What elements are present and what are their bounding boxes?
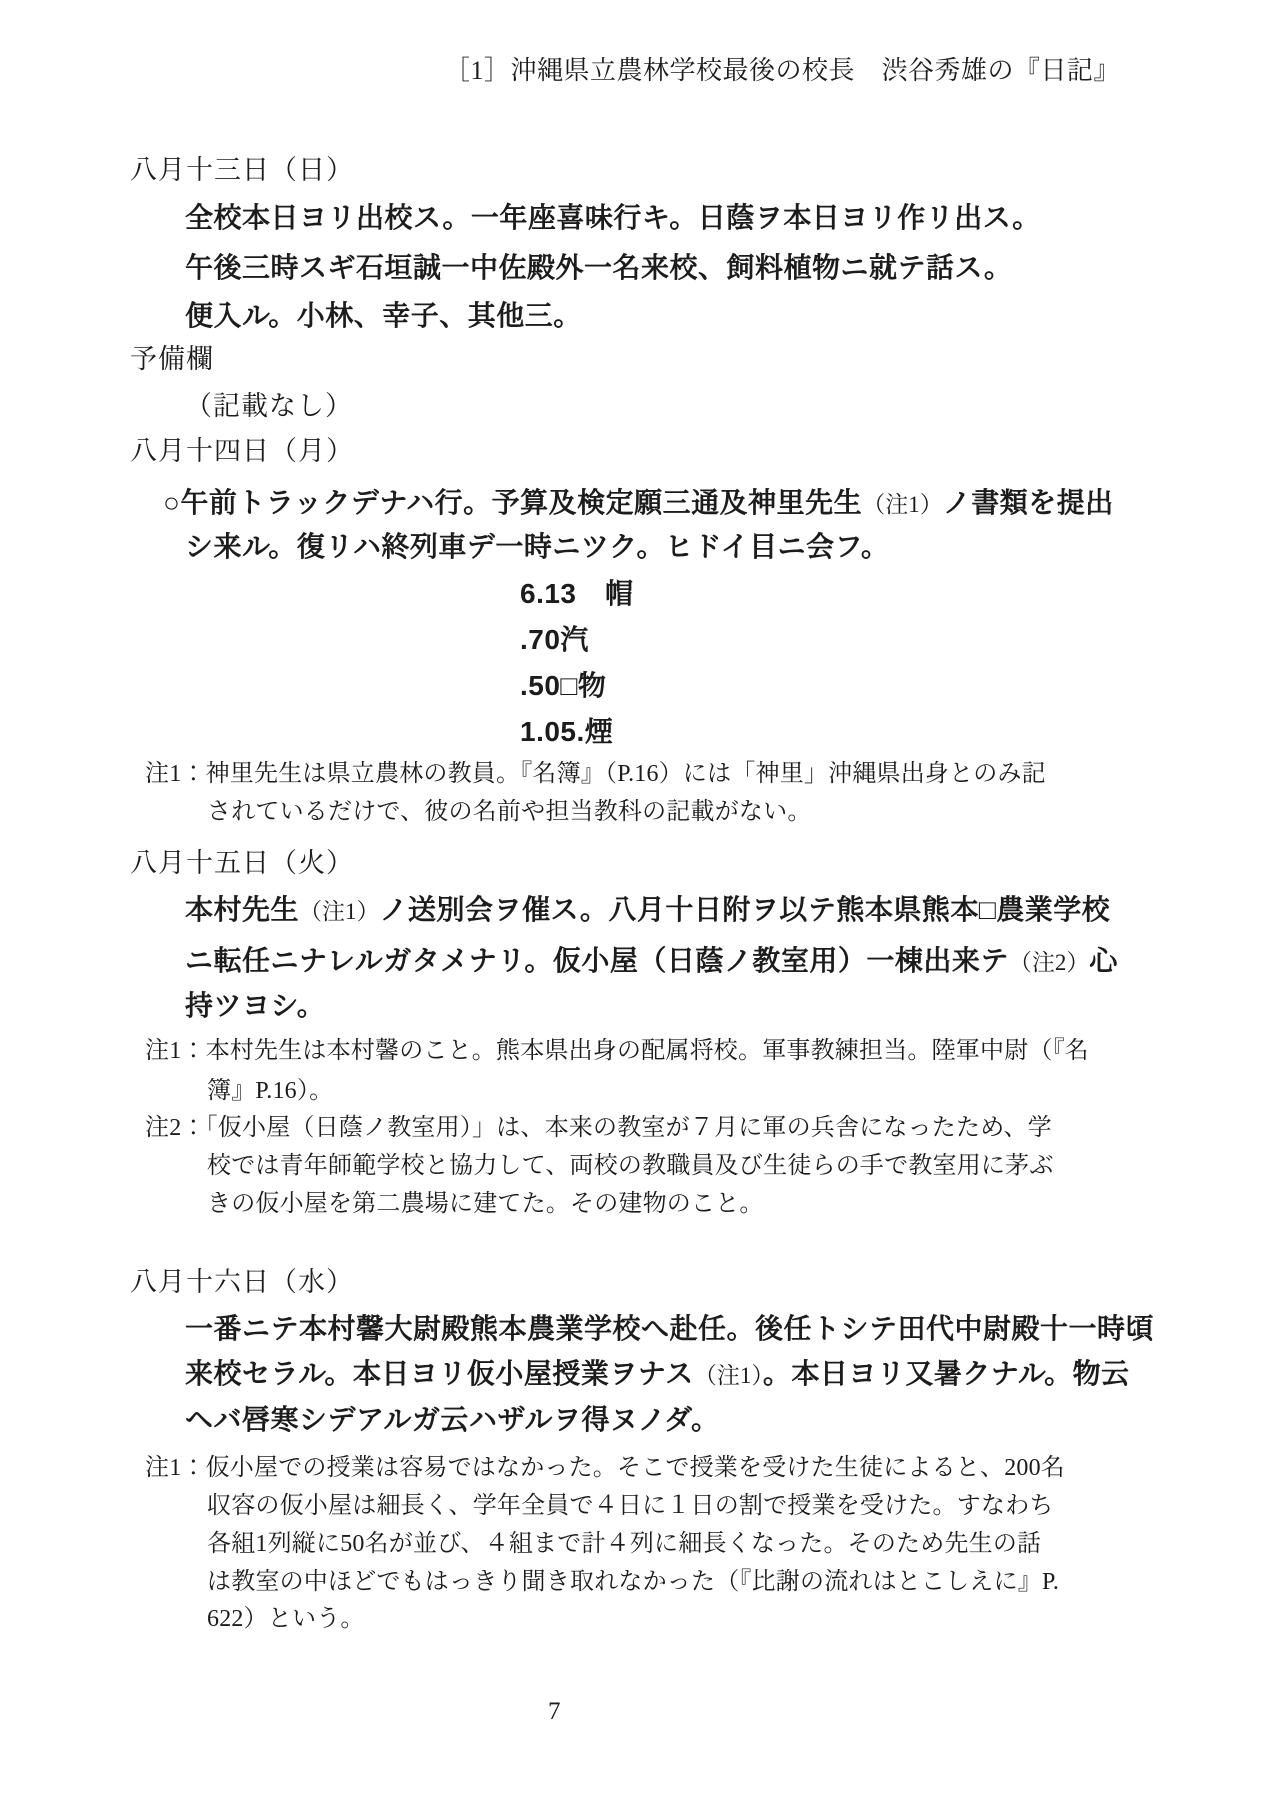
diary-line: 便入ル。小林、幸子、其他三。 xyxy=(185,298,1185,334)
page-number: 7 xyxy=(548,1698,561,1726)
note-line: 注2：「仮小屋（日蔭ノ教室用）」は、本来の教室が７月に軍の兵舎になったため、学 xyxy=(145,1113,1185,1144)
diary-text: 。本日ヨリ又暑クナル。物云 xyxy=(763,1358,1130,1389)
note-line: 注1：本村先生は本村馨のこと。熊本県出身の配属将校。軍事教練担当。陸軍中尉（『名 xyxy=(145,1036,1185,1067)
expense-line: .70汽 xyxy=(520,622,1185,658)
note-text: 神里先生は県立農林の教員。『名簿』（P.16）には「神里」沖縄県出身とのみ記 xyxy=(206,761,1046,787)
diary-line: 午後三時スギ石垣誠一中佐殿外一名来校、飼料植物ニ就テ話ス。 xyxy=(185,250,1185,286)
note-line: は教室の中ほどでもはっきり聞き取れなかった（『比謝の流れはとこしえに』P. xyxy=(207,1567,1185,1598)
note-ref: （注1） xyxy=(694,1363,763,1388)
note-line: 収容の仮小屋は細長く、学年全員で４日に１日の割で授業を受けた。すなわち xyxy=(207,1491,1185,1522)
note-line: 校では青年師範学校と協力して、両校の教職員及び生徒らの手で教室用に茅ぶ xyxy=(207,1151,1185,1182)
note-line: 各組1列縦に50名が並び、４組まで計４列に細長くなった。そのため先生の話 xyxy=(207,1529,1185,1560)
diary-text: ○午前トラックデナハ行。予算及検定願三通及神里先生 xyxy=(163,487,862,518)
note-ref: （注1） xyxy=(862,492,943,517)
diary-line: ○午前トラックデナハ行。予算及検定願三通及神里先生（注1）ノ書類を提出 xyxy=(163,485,1185,523)
diary-line: 全校本日ヨリ出校ス。一年座喜味行キ。日蔭ヲ本日ヨリ作リ出ス。 xyxy=(185,200,1185,236)
note-text: 本村先生は本村馨のこと。熊本県出身の配属将校。軍事教練担当。陸軍中尉（『名 xyxy=(206,1038,1089,1064)
entry-date-aug13: 八月十三日（日） xyxy=(130,153,1185,187)
expense-line: 1.05.煙 xyxy=(520,714,1185,750)
diary-line: 一番ニテ本村馨大尉殿熊本農業学校へ赴任。後任トシテ田代中尉殿十一時頃 xyxy=(185,1311,1185,1347)
note-label: 注1： xyxy=(145,1038,206,1064)
note-label: 注2： xyxy=(145,1115,206,1141)
entry-date-aug14: 八月十四日（月） xyxy=(130,434,1185,468)
note-line: 622）という。 xyxy=(207,1604,1185,1635)
note-line: 注1：仮小屋での授業は容易ではなかった。そこで授業を受けた生徒によると、200名 xyxy=(145,1453,1185,1484)
note-text: 仮小屋での授業は容易ではなかった。そこで授業を受けた生徒によると、200名 xyxy=(206,1455,1065,1481)
expense-line: .50□物 xyxy=(520,668,1185,704)
diary-text: 本村先生 xyxy=(185,894,299,925)
entry-date-aug15: 八月十五日（火） xyxy=(130,846,1185,880)
page-content: 八月十三日（日） 全校本日ヨリ出校ス。一年座喜味行キ。日蔭ヲ本日ヨリ作リ出ス。 … xyxy=(0,0,1280,1635)
note-label: 注1： xyxy=(145,761,206,787)
diary-line: 本村先生（注1）ノ送別会ヲ催ス。八月十日附ヲ以テ熊本県熊本□農業学校 xyxy=(185,892,1185,930)
diary-text: ニ転任ニナレルガタメナリ。仮小屋（日蔭ノ教室用）一棟出来テ xyxy=(185,945,1009,976)
note-text: 「仮小屋（日蔭ノ教室用）」は、本来の教室が７月に軍の兵舎になったため、学 xyxy=(206,1115,1052,1141)
note-line: 簿』P.16）。 xyxy=(207,1076,1185,1107)
diary-text: 来校セラル。本日ヨリ仮小屋授業ヲナス xyxy=(185,1358,694,1389)
diary-line: ニ転任ニナレルガタメナリ。仮小屋（日蔭ノ教室用）一棟出来テ（注2）心 xyxy=(185,943,1185,981)
diary-text: ノ送別会ヲ催ス。八月十日附ヲ以テ熊本県熊本□農業学校 xyxy=(380,894,1111,925)
note-label: 注1： xyxy=(145,1455,206,1481)
diary-text: ノ書類を提出 xyxy=(943,487,1114,518)
diary-line: シ来ル。復リハ終列車デ一時ニツク。ヒドイ目ニ会フ。 xyxy=(185,529,1185,565)
note-ref: （注1） xyxy=(299,899,380,924)
diary-line: ヘバ唇寒シデアルガ云ハザルヲ得ヌノダ。 xyxy=(185,1402,1185,1438)
entry-date-aug16: 八月十六日（水） xyxy=(130,1265,1185,1299)
reserve-heading: 予備欄 xyxy=(130,342,1185,376)
diary-text: 心 xyxy=(1089,945,1118,976)
note-ref: （注2） xyxy=(1009,950,1090,975)
document-page: ［1］沖縄県立農林学校最後の校長 渋谷秀雄の『日記』 八月十三日（日） 全校本日… xyxy=(0,0,1280,1807)
diary-line: 来校セラル。本日ヨリ仮小屋授業ヲナス（注1）。本日ヨリ又暑クナル。物云 xyxy=(185,1356,1185,1394)
diary-line: 持ツヨシ。 xyxy=(185,988,1185,1024)
reserve-content: （記載なし） xyxy=(185,388,1185,424)
note-line: されているだけで、彼の名前や担当教科の記載がない。 xyxy=(207,797,1185,828)
note-line: きの仮小屋を第二農場に建てた。その建物のこと。 xyxy=(207,1189,1185,1220)
note-line: 注1：神里先生は県立農林の教員。『名簿』（P.16）には「神里」沖縄県出身とのみ… xyxy=(145,759,1185,790)
expense-line: 6.13 帽 xyxy=(520,576,1185,612)
